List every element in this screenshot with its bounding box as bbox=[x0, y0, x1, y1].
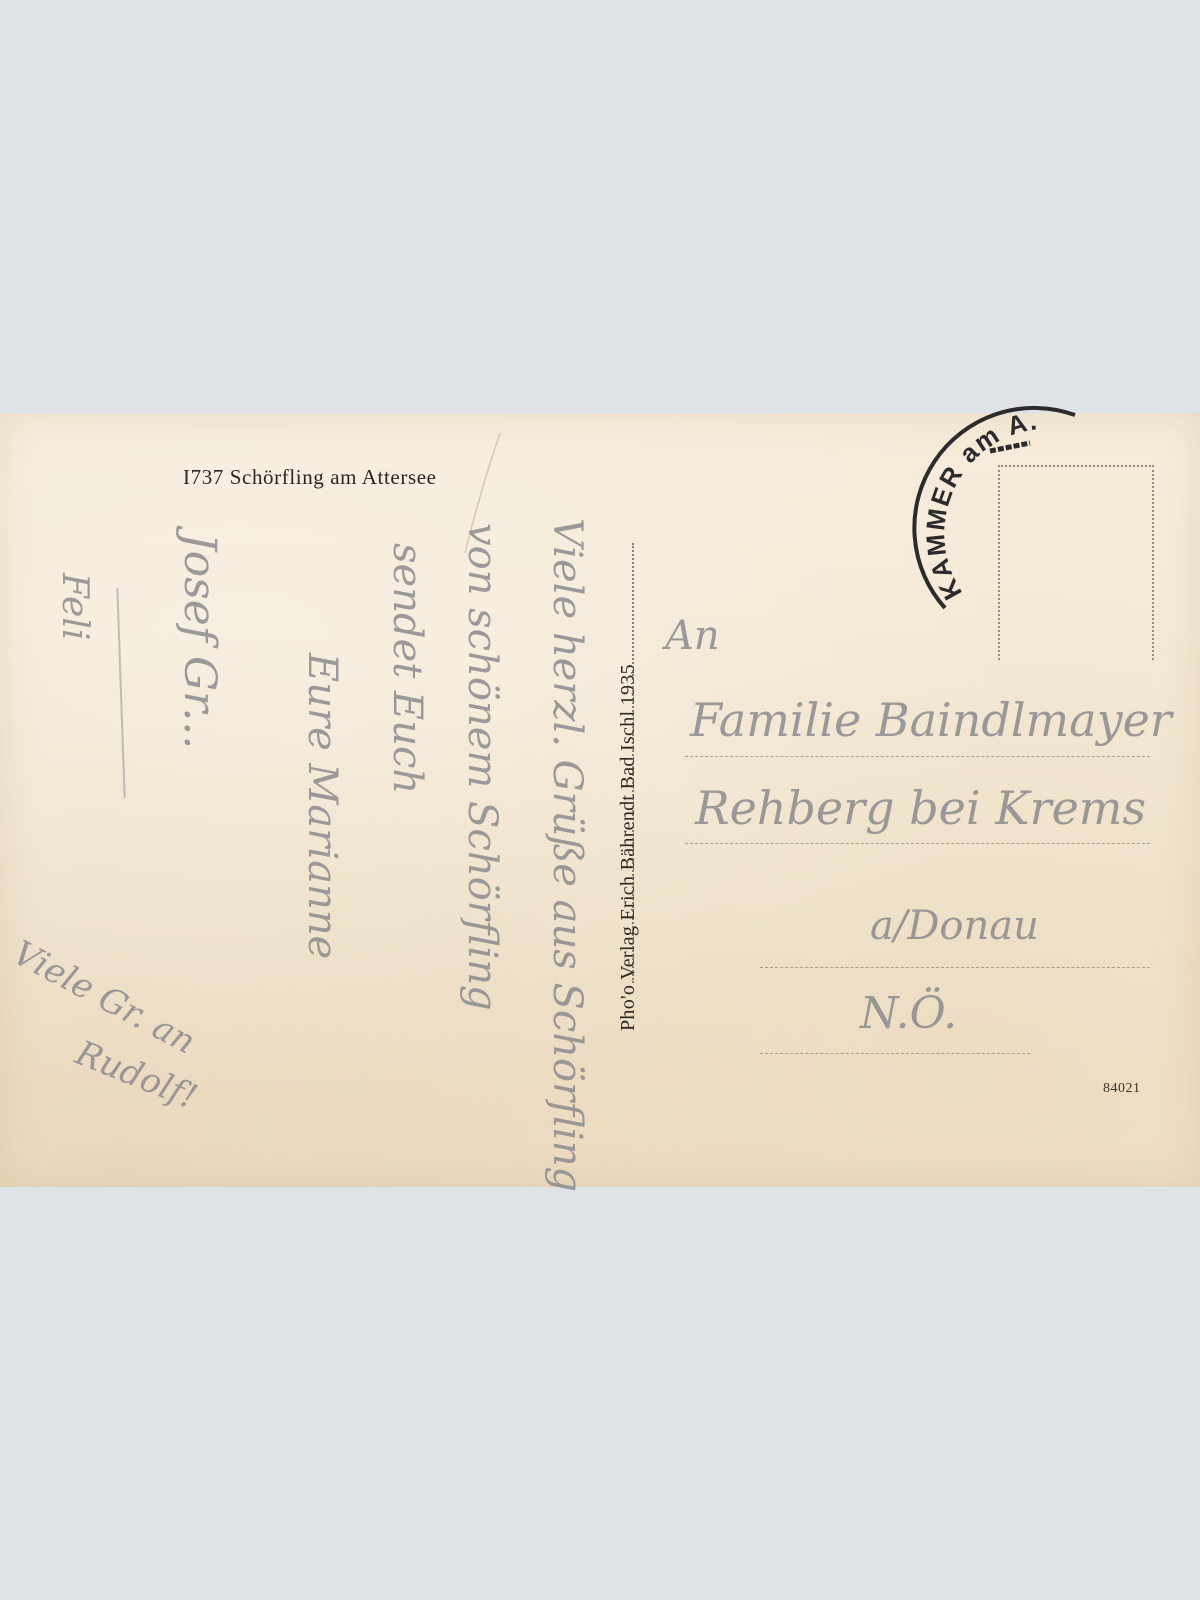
message-line-3: sendet Euch bbox=[384, 543, 430, 794]
address-region: N.Ö. bbox=[860, 988, 957, 1039]
message-line-4: Eure Marianne bbox=[299, 653, 345, 959]
address-river: a/Donau bbox=[870, 903, 1039, 949]
svg-text:KAMMER am A.: KAMMER am A. bbox=[920, 405, 1041, 605]
postcard: I737 Schörfling am Attersee Pho'o Verlag… bbox=[0, 413, 1200, 1187]
signature-line-1: Josef Gr... bbox=[174, 533, 225, 749]
address-salutation: An bbox=[665, 613, 720, 659]
card-title: I737 Schörfling am Attersee bbox=[183, 465, 437, 490]
message-line-1: Viele herzl. Grüße aus Schörfling bbox=[544, 518, 590, 1192]
address-town: Rehberg bei Krems bbox=[695, 781, 1146, 835]
address-line-2 bbox=[685, 843, 1150, 844]
signature-rule bbox=[116, 588, 125, 798]
divider-line bbox=[632, 543, 634, 983]
address-line-4 bbox=[760, 1053, 1030, 1054]
catalog-number: 84021 bbox=[1103, 1081, 1141, 1097]
address-name: Familie Baindlmayer bbox=[690, 693, 1172, 747]
publisher-line: Pho'o Verlag Erich Bährendt Bad Ischl 19… bbox=[617, 664, 640, 1031]
message-line-2: von schönem Schörfling bbox=[459, 523, 505, 1011]
address-line-3 bbox=[760, 967, 1150, 968]
signature-line-2: Feli bbox=[54, 573, 95, 640]
postmark-text: KAMMER am A. bbox=[920, 405, 1041, 605]
address-line-1 bbox=[685, 756, 1150, 757]
postmark: KAMMER am A. bbox=[905, 403, 1165, 623]
